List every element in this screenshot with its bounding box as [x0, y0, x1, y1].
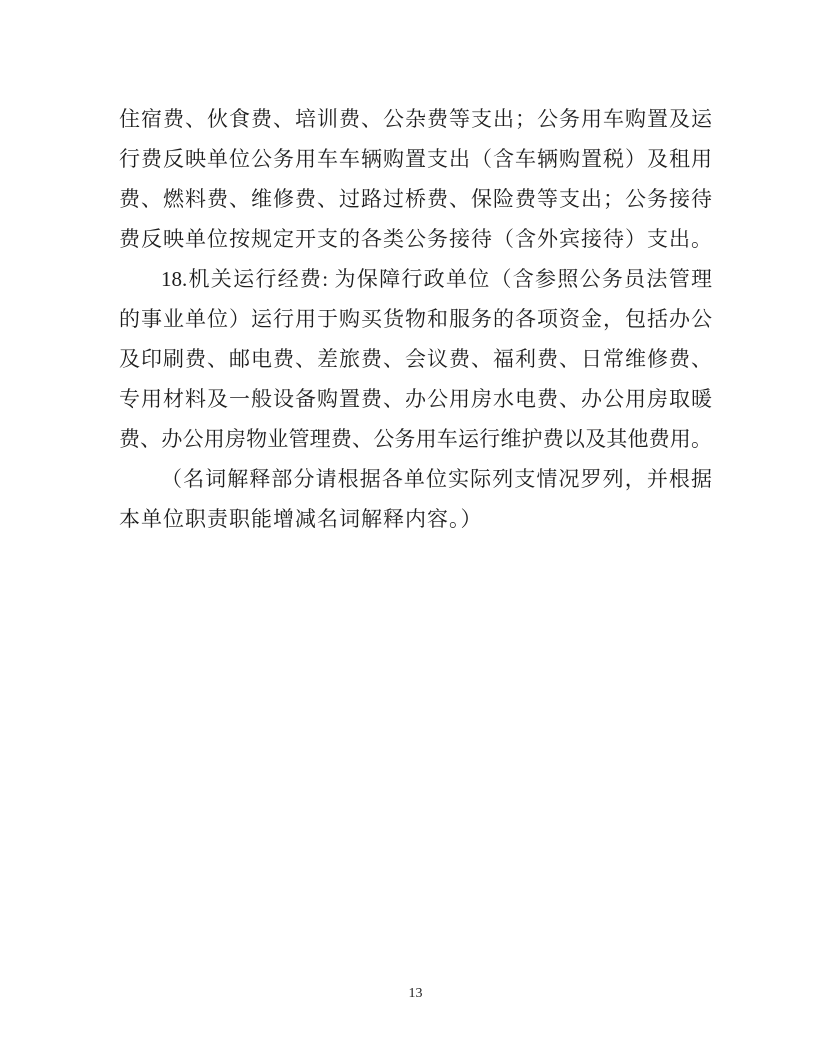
page-number: 13: [119, 985, 712, 1003]
body-line: 的事业单位）运行用于购买货物和服务的各项资金，包括办公: [119, 299, 712, 339]
body-line: 18.机关运行经费: 为保障行政单位（含参照公务员法管理: [119, 259, 712, 299]
body-line: 本单位职责职能增减名词解释内容。）: [119, 499, 712, 539]
body-text: 住宿费、伙食费、培训费、公杂费等支出；公务用车购置及运 行费反映单位公务用车车辆…: [119, 99, 712, 539]
body-line: 费、办公用房物业管理费、公务用车运行维护费以及其他费用。: [119, 419, 712, 459]
body-line: 费反映单位按规定开支的各类公务接待（含外宾接待）支出。: [119, 219, 712, 259]
body-line: 行费反映单位公务用车车辆购置支出（含车辆购置税）及租用: [119, 139, 712, 179]
document-page: 住宿费、伙食费、培训费、公杂费等支出；公务用车购置及运 行费反映单位公务用车车辆…: [0, 0, 816, 1056]
body-line: 及印刷费、邮电费、差旅费、会议费、福利费、日常维修费、: [119, 339, 712, 379]
body-line: 住宿费、伙食费、培训费、公杂费等支出；公务用车购置及运: [119, 99, 712, 139]
body-line: 费、燃料费、维修费、过路过桥费、保险费等支出；公务接待: [119, 179, 712, 219]
body-line: 专用材料及一般设备购置费、办公用房水电费、办公用房取暖: [119, 379, 712, 419]
body-line: （名词解释部分请根据各单位实际列支情况罗列，并根据: [119, 459, 712, 499]
